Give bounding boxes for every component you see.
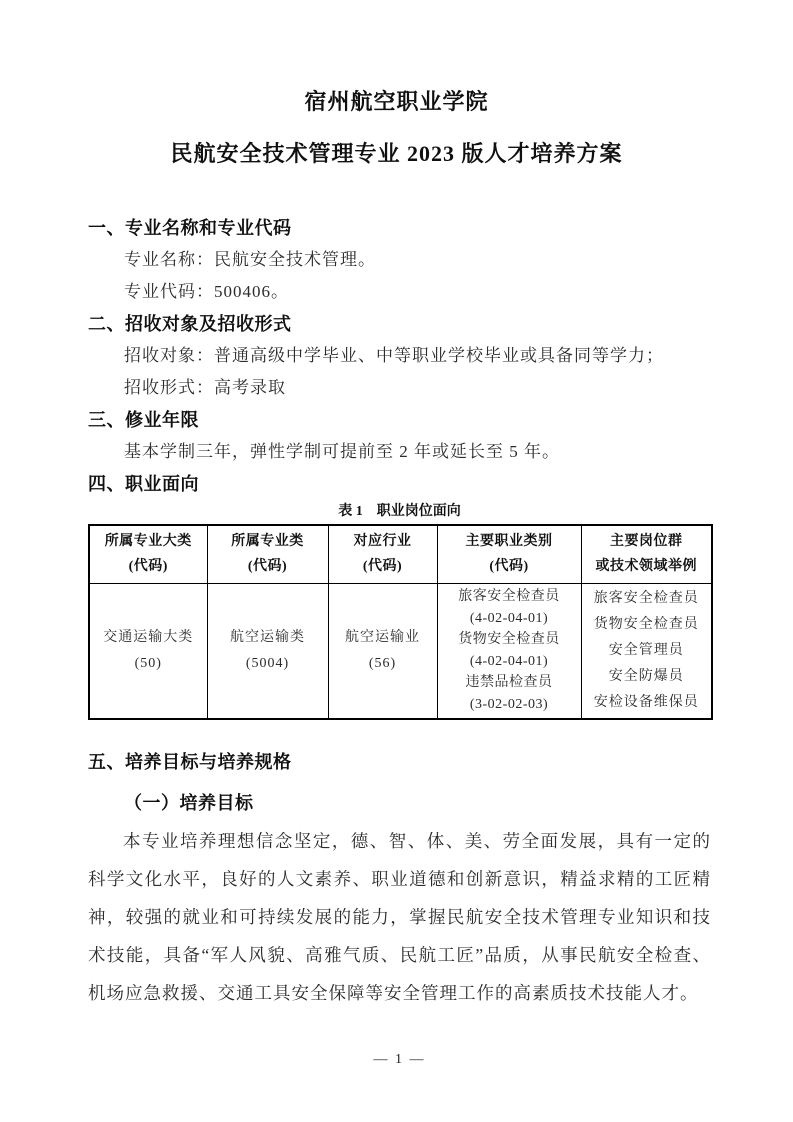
section-5-sub-heading: （一）培养目标 xyxy=(88,787,711,819)
table-cell-post-examples: 旅客安全检查员货物安全检查员安全管理员安全防爆员安检设备维保员 xyxy=(581,583,712,719)
section-1-line-major-code: 专业代码：500406。 xyxy=(88,276,711,308)
section-1-heading: 一、专业名称和专业代码 xyxy=(88,212,711,244)
table-header-industry: 对应行业(代码) xyxy=(328,525,437,583)
section-1-line-major-name: 专业名称：民航安全技术管理。 xyxy=(88,244,711,276)
doc-title-line1: 宿州航空职业学院 xyxy=(0,86,793,118)
section-2-line-enroll-form: 招收形式：高考录取 xyxy=(88,372,711,404)
title-block: 宿州航空职业学院 民航安全技术管理专业 2023 版人才培养方案 xyxy=(0,0,793,170)
table-cell-occupation-type: 旅客安全检查员(4-02-04-01)货物安全检查员(4-02-04-01)违禁… xyxy=(437,583,581,719)
table-caption: 表 1 职业岗位面向 xyxy=(88,500,711,524)
page-number: — 1 — xyxy=(88,1050,711,1070)
section-4-heading: 四、职业面向 xyxy=(88,468,711,500)
table-header-occupation-type: 主要职业类别(代码) xyxy=(437,525,581,583)
doc-title-line2: 民航安全技术管理专业 2023 版人才培养方案 xyxy=(0,138,793,170)
section-3-line-duration: 基本学制三年，弹性学制可提前至 2 年或延长至 5 年。 xyxy=(88,436,711,468)
table-cell-major-category: 交通运输大类(50) xyxy=(89,583,207,719)
table-header-post-examples: 主要岗位群或技术领域举例 xyxy=(581,525,712,583)
table-cell-industry: 航空运输业(56) xyxy=(328,583,437,719)
section-3-heading: 三、修业年限 xyxy=(88,404,711,436)
section-2-line-enroll-target: 招收对象：普通高级中学毕业、中等职业学校毕业或具备同等学力； xyxy=(88,340,711,372)
table-row: 交通运输大类(50) 航空运输类(5004) 航空运输业(56) 旅客安全检查员… xyxy=(89,583,712,719)
document-page: 宿州航空职业学院 民航安全技术管理专业 2023 版人才培养方案 一、专业名称和… xyxy=(0,0,793,1122)
section-2-heading: 二、招收对象及招收形式 xyxy=(88,308,711,340)
table-cell-major-class: 航空运输类(5004) xyxy=(207,583,328,719)
table-header-major-category: 所属专业大类(代码) xyxy=(89,525,207,583)
table-header-major-class: 所属专业类(代码) xyxy=(207,525,328,583)
section-5-heading: 五、培养目标与培养规格 xyxy=(88,746,711,778)
document-body: 一、专业名称和专业代码 专业名称：民航安全技术管理。 专业代码：500406。 … xyxy=(88,212,711,1070)
training-objective-paragraph: 本专业培养理想信念坚定，德、智、体、美、劳全面发展，具有一定的科学文化水平，良好… xyxy=(88,822,711,1012)
table-header-row: 所属专业大类(代码) 所属专业类(代码) 对应行业(代码) 主要职业类别(代码)… xyxy=(89,525,712,583)
occupation-table: 所属专业大类(代码) 所属专业类(代码) 对应行业(代码) 主要职业类别(代码)… xyxy=(88,524,713,720)
